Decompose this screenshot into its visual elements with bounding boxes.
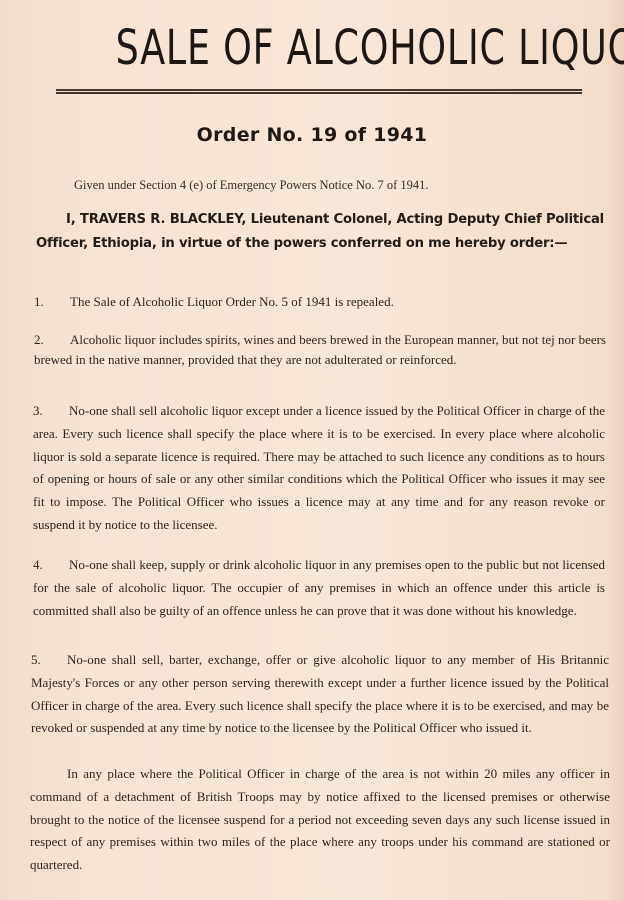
rule-line-bottom (56, 92, 582, 94)
rule-line-top (56, 89, 582, 91)
clause-number: 5. (31, 649, 67, 672)
clause-2: 2.Alcoholic liquor includes spirits, win… (34, 330, 606, 369)
clause-text: The Sale of Alcoholic Liquor Order No. 5… (70, 294, 394, 309)
clause-5-continuation: In any place where the Political Officer… (30, 763, 610, 877)
clause-1: 1.The Sale of Alcoholic Liquor Order No.… (34, 292, 606, 312)
clause-text: No-one shall sell, barter, exchange, off… (31, 652, 609, 735)
clause-text: No-one shall keep, supply or drink alcoh… (33, 557, 605, 618)
clause-number: 3. (33, 400, 69, 423)
clause-3: 3.No-one shall sell alcoholic liquor exc… (33, 400, 605, 537)
document-title: SALE OF ALCOHOLIC LIQUOR (116, 18, 519, 78)
title-double-rule (56, 89, 582, 95)
clause-number: 1. (34, 292, 70, 312)
clause-number: 2. (34, 330, 70, 350)
clause-4: 4.No-one shall keep, supply or drink alc… (33, 554, 605, 622)
preamble-paragraph: I, TRAVERS R. BLACKLEY, Lieutenant Colon… (36, 208, 604, 256)
authority-statement: Given under Section 4 (e) of Emergency P… (74, 178, 429, 193)
order-number-heading: Order No. 19 of 1941 (0, 124, 624, 146)
clause-text: No-one shall sell alcoholic liquor excep… (33, 403, 605, 532)
clause-number: 4. (33, 554, 69, 577)
clause-5: 5.No-one shall sell, barter, exchange, o… (31, 649, 609, 740)
clause-text: Alcoholic liquor includes spirits, wines… (34, 332, 606, 367)
document-page: SALE OF ALCOHOLIC LIQUOR Order No. 19 of… (0, 0, 624, 900)
